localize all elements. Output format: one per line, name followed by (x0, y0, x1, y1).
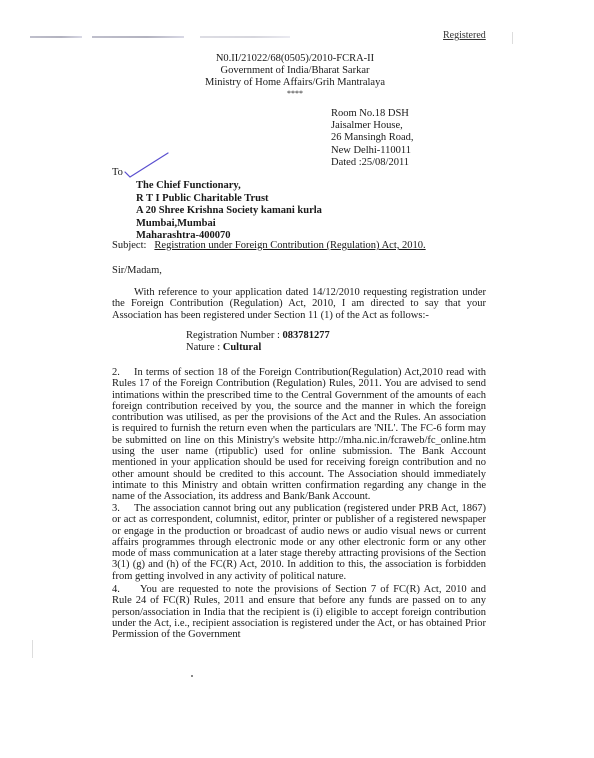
address-line-4: New Delhi-110011 (331, 145, 414, 157)
nature-value: Cultural (223, 342, 262, 353)
address-line-2: Jaisalmer House, (331, 120, 414, 132)
paragraph-1-text: With reference to your application dated… (112, 287, 486, 321)
paragraph-4-number: 4. (112, 584, 140, 595)
scan-artifact-line (200, 36, 290, 38)
recipient-line-2: R T I Public Charitable Trust (136, 193, 322, 206)
paragraph-3: 3.The association cannot bring out any p… (112, 503, 486, 582)
subject-line: Subject:Registration under Foreign Contr… (112, 240, 426, 251)
paragraph-3-number: 3. (112, 503, 134, 514)
ministry-line: Ministry of Home Affairs/Grih Mantralaya (150, 77, 440, 89)
scan-artifact-bar (512, 32, 513, 44)
registration-number-value: 083781277 (283, 330, 330, 341)
paragraph-2-text: In terms of section 18 of the Foreign Co… (112, 367, 486, 502)
government-line: Government of India/Bharat Sarkar (150, 65, 440, 77)
address-line-3: 26 Mansingh Road, (331, 132, 414, 144)
reference-number: N0.II/21022/68(0505)/2010-FCRA-II (150, 53, 440, 65)
letter-header: N0.II/21022/68(0505)/2010-FCRA-II Govern… (150, 53, 440, 98)
scan-artifact-line (30, 36, 82, 38)
subject-text: Registration under Foreign Contribution … (154, 240, 425, 251)
recipient-address: The Chief Functionary, R T I Public Char… (136, 180, 322, 243)
header-separator: **** (150, 89, 440, 98)
paragraph-3-text: The association cannot bring out any pub… (112, 503, 486, 582)
recipient-line-3: A 20 Shree Krishna Society kamani kurla (136, 205, 322, 218)
paragraph-2-number: 2. (112, 367, 134, 378)
registered-stamp: Registered (443, 30, 486, 41)
paragraph-2: 2.In terms of section 18 of the Foreign … (112, 367, 486, 503)
recipient-line-4: Mumbai,Mumbai (136, 218, 322, 231)
nature-row: Nature : Cultural (186, 342, 330, 354)
scan-artifact-line (92, 36, 184, 38)
paragraph-4: 4.You are requested to note the provisio… (112, 584, 486, 640)
letter-date: Dated :25/08/2011 (331, 157, 414, 169)
address-line-1: Room No.18 DSH (331, 108, 414, 120)
scan-artifact-dot (191, 675, 193, 677)
registration-number-row: Registration Number : 083781277 (186, 330, 330, 342)
paragraph-1: With reference to your application dated… (112, 287, 486, 321)
nature-label: Nature : (186, 342, 223, 353)
recipient-line-1: The Chief Functionary, (136, 180, 322, 193)
checkmark-icon (122, 150, 172, 180)
registration-details: Registration Number : 083781277 Nature :… (186, 330, 330, 354)
sender-address: Room No.18 DSH Jaisalmer House, 26 Mansi… (331, 108, 414, 169)
scan-artifact-edge (32, 640, 33, 658)
salutation: Sir/Madam, (112, 265, 162, 276)
subject-label: Subject: (112, 240, 146, 251)
paragraph-4-text: You are requested to note the provisions… (112, 584, 486, 640)
registration-number-label: Registration Number : (186, 330, 283, 341)
